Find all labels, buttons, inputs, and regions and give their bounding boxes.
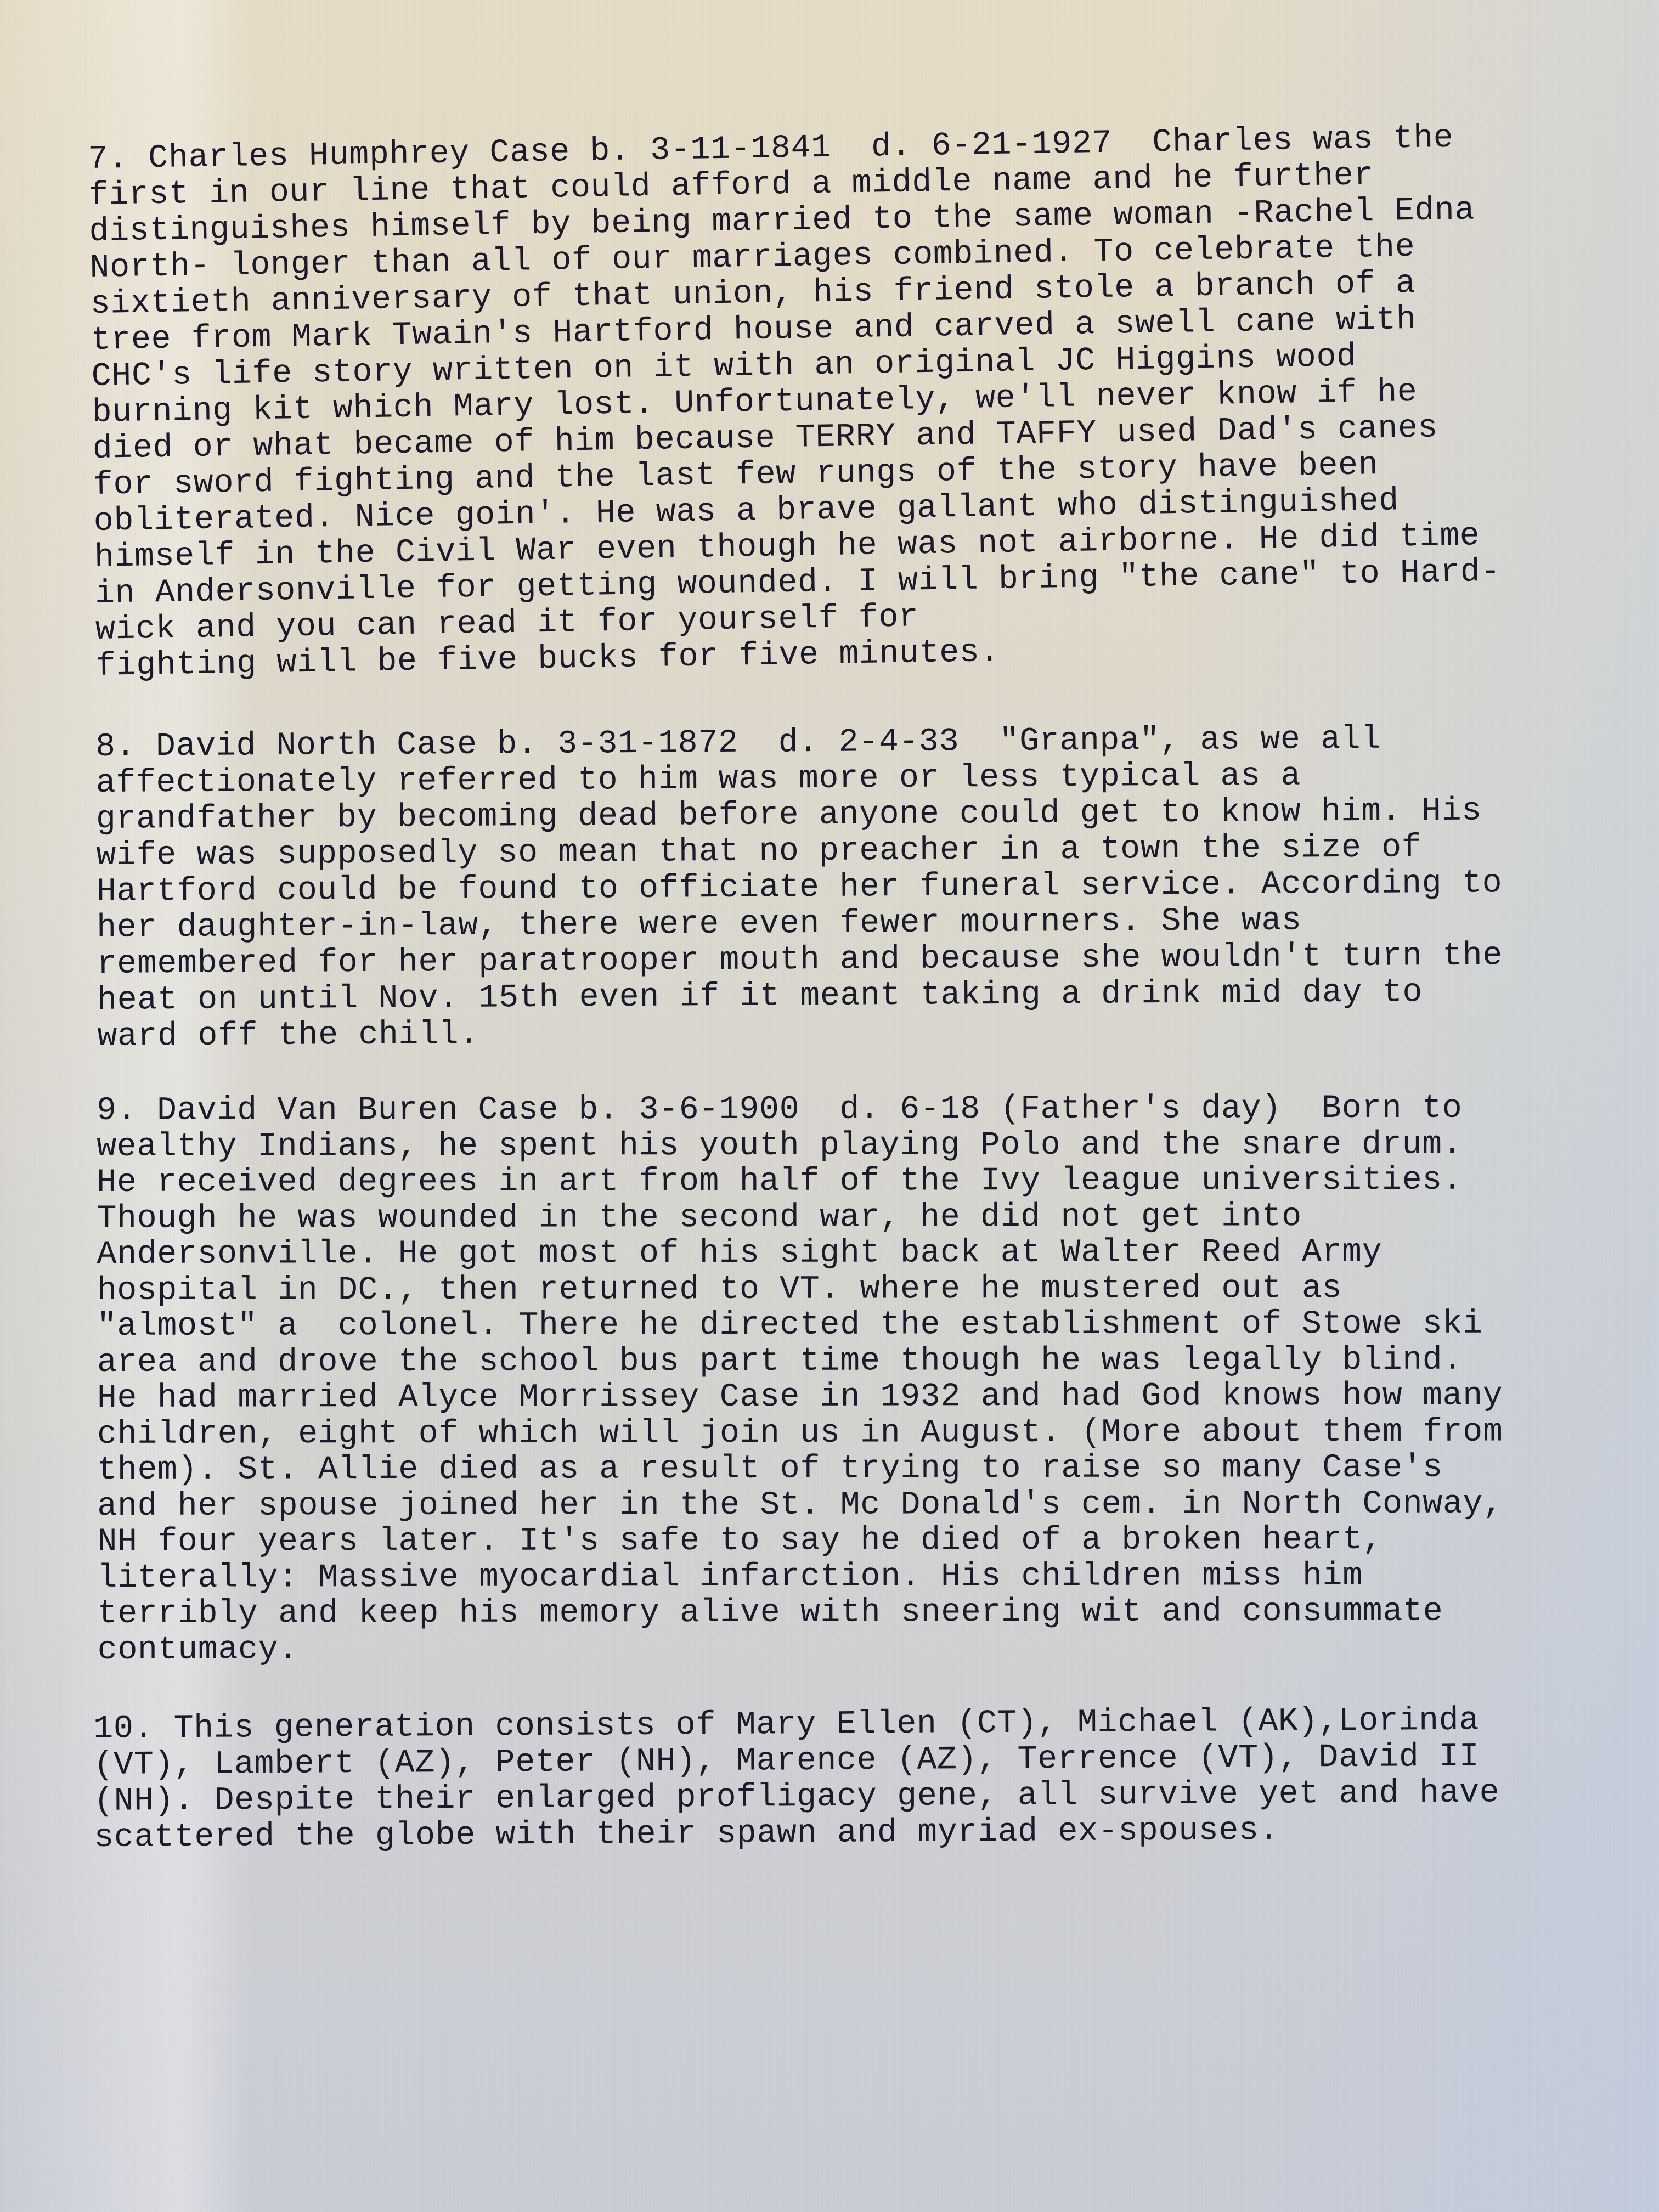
entry-current-generation: 10. This generation consists of Mary Ell… — [93, 1702, 1500, 1856]
entry-charles-humphrey-case: 7. Charles Humphrey Case b. 3-11-1841 d.… — [88, 117, 1643, 685]
entry-david-van-buren-case: 9. David Van Buren Case b. 3-6-1900 d. 6… — [97, 1091, 1503, 1668]
text-line: He had married Alyce Morrissey Case in 1… — [97, 1379, 1503, 1417]
text-line: terribly and keep his memory alive with … — [98, 1594, 1504, 1633]
text-line: them). St. Allie died as a result of try… — [97, 1451, 1503, 1489]
text-line: NH four years later. It's safe to say he… — [97, 1522, 1503, 1561]
text-line: and her spouse joined her in the St. Mc … — [97, 1486, 1503, 1525]
text-line: contumacy. — [98, 1630, 1504, 1668]
text-line: wealthy Indians, he spent his youth play… — [97, 1127, 1503, 1165]
text-line: Though he was wounded in the second war,… — [97, 1199, 1503, 1237]
text-line: He received degrees in art from half of … — [97, 1163, 1503, 1201]
text-line: literally: Massive myocardial infarction… — [97, 1558, 1503, 1596]
entry-david-north-case: 8. David North Case b. 3-31-1872 d. 2-4-… — [95, 720, 1503, 1055]
text-line: ward off the chill. — [97, 1010, 1503, 1055]
text-line: "almost" a colonel. There he directed th… — [97, 1307, 1503, 1345]
text-line: children, eight of which will join us in… — [97, 1414, 1503, 1453]
text-line: scattered the globe with their spawn and… — [94, 1811, 1500, 1856]
text-line: 9. David Van Buren Case b. 3-6-1900 d. 6… — [97, 1091, 1503, 1130]
text-line: Andersonville. He got most of his sight … — [97, 1235, 1503, 1273]
text-line: hospital in DC., then returned to VT. wh… — [97, 1271, 1503, 1309]
text-line: area and drove the school bus part time … — [97, 1342, 1503, 1381]
typewritten-page: 7. Charles Humphrey Case b. 3-11-1841 d.… — [88, 135, 1635, 685]
